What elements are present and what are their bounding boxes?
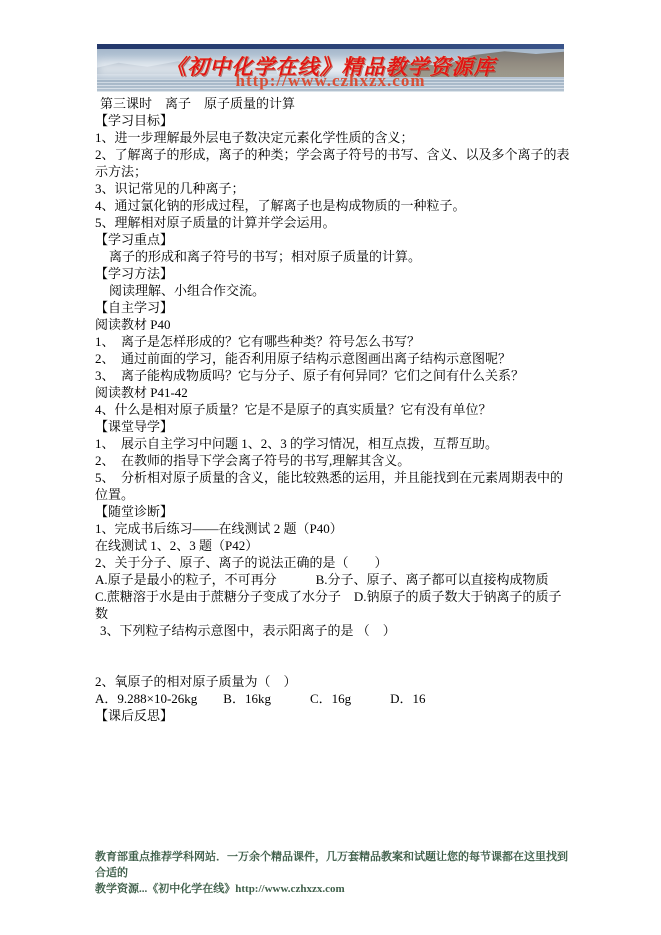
- doc-line: 4、什么是相对原子质量？它是不是原子的真实质量？它有没有单位？: [95, 401, 573, 418]
- doc-line: 1、 离子是怎样形成的？它有哪些种类？符号怎么书写？: [95, 333, 573, 350]
- doc-line: 2、了解离子的形成，离子的种类；学会离子符号的书写、含义、以及多个离子的表示方法…: [95, 146, 573, 180]
- doc-line: 阅读教材 P41-42: [95, 384, 573, 401]
- doc-line: 3、识记常见的几种离子；: [95, 180, 573, 197]
- page-footer: 教育部重点推荐学科网站．一万余个精品课件，几万套精品教案和试题让您的每节课都在这…: [95, 849, 573, 897]
- doc-line: 2、氧原子的相对原子质量为（ ）: [95, 673, 573, 690]
- doc-line: C.蔗糖溶于水是由于蔗糖分子变成了水分子 D.钠原子的质子数大于钠离子的质子数: [95, 588, 573, 622]
- section-heading-reflection: 【课后反思】: [95, 707, 573, 724]
- doc-line: 阅读理解、小组合作交流。: [95, 282, 573, 299]
- section-heading-key-points: 【学习重点】: [95, 231, 573, 248]
- doc-line: 1、完成书后练习——在线测试 2 题（P40）: [95, 520, 573, 537]
- doc-line: 5、 分析相对原子质量的含义，能比较熟悉的运用，并且能找到在元素周期表中的位置。: [95, 469, 573, 503]
- doc-line: 2、 通过前面的学习，能否利用原子结构示意图画出离子结构示意图呢？: [95, 350, 573, 367]
- footer-line-1: 教育部重点推荐学科网站．一万余个精品课件，几万套精品教案和试题让您的每节课都在这…: [95, 849, 573, 881]
- doc-title: 第三课时 离子 原子质量的计算: [95, 95, 573, 112]
- doc-line: 1、进一步理解最外层电子数决定元素化学性质的含义；: [95, 129, 573, 146]
- doc-line: 在线测试 1、2、3 题（P42）: [95, 537, 573, 554]
- doc-line: A.原子是最小的粒子，不可再分 B.分子、原子、离子都可以直接构成物质: [95, 571, 573, 588]
- section-heading-diagnosis: 【随堂诊断】: [95, 503, 573, 520]
- doc-line: [95, 639, 573, 656]
- doc-line: 3、 离子能构成物质吗？它与分子、原子有何异同？它们之间有什么关系？: [95, 367, 573, 384]
- banner-site-url: http://www.czhxzx.com: [97, 71, 564, 91]
- footer-line-2: 教学资源...《初中化学在线》http://www.czhxzx.com: [95, 881, 573, 897]
- document-body: 第三课时 离子 原子质量的计算【学习目标】1、进一步理解最外层电子数决定元素化学…: [95, 95, 573, 724]
- doc-line: 5、理解相对原子质量的计算并学会运用。: [95, 214, 573, 231]
- section-heading-self-study: 【自主学习】: [95, 299, 573, 316]
- doc-line: 1、 展示自主学习中问题 1、2、3 的学习情况，相互点拨，互帮互助。: [95, 435, 573, 452]
- doc-line: [95, 656, 573, 673]
- doc-line: 阅读教材 P40: [95, 316, 573, 333]
- section-heading-methods: 【学习方法】: [95, 265, 573, 282]
- doc-line: A．9.288×10-26kg B．16kg C．16g D．16: [95, 690, 573, 707]
- doc-line: 2、 在教师的指导下学会离子符号的书写,理解其含义。: [95, 452, 573, 469]
- doc-line: 2、关于分子、原子、离子的说法正确的是（ ）: [95, 554, 573, 571]
- section-heading-guided-learning: 【课堂导学】: [95, 418, 573, 435]
- banner-top-strip: [97, 44, 564, 49]
- doc-line: 离子的形成和离子符号的书写；相对原子质量的计算。: [95, 248, 573, 265]
- header-banner-image: 《初中化学在线》精品教学资源库 http://www.czhxzx.com: [97, 44, 564, 92]
- section-heading-goals: 【学习目标】: [95, 112, 573, 129]
- doc-line: 3、下列粒子结构示意图中，表示阳离子的是 （ ）: [95, 622, 573, 639]
- document-page: 《初中化学在线》精品教学资源库 http://www.czhxzx.com 第三…: [0, 0, 661, 935]
- doc-line: 4、通过氯化钠的形成过程，了解离子也是构成物质的一种粒子。: [95, 197, 573, 214]
